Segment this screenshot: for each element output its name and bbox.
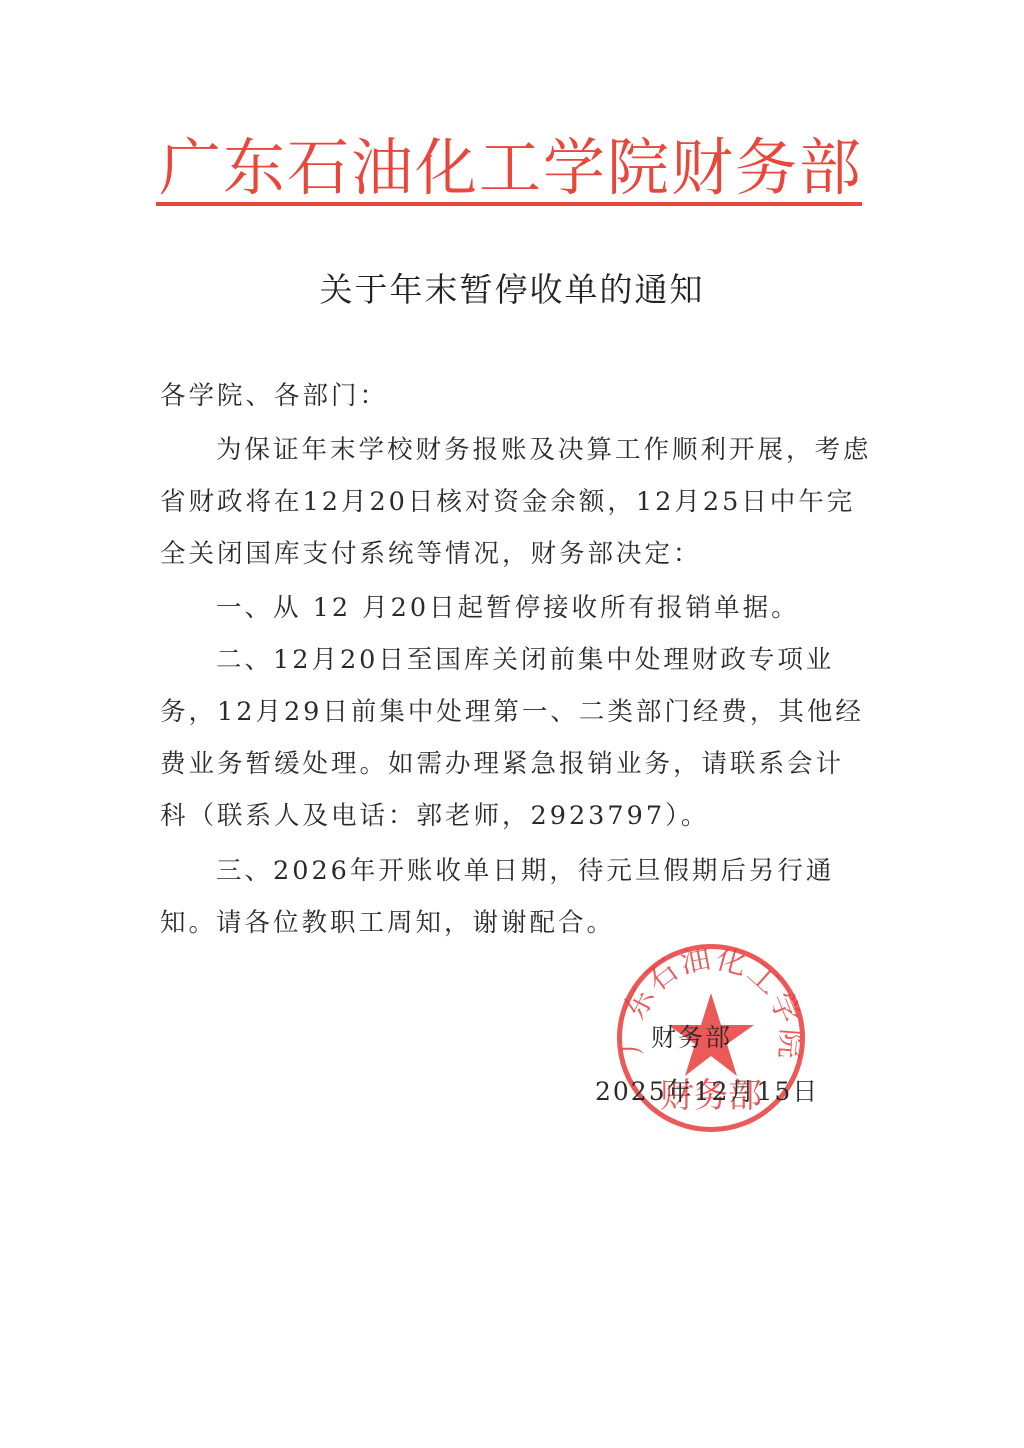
document-title: 关于年末暂停收单的通知 [0,264,1024,311]
signature-department: 财务部 [651,1018,732,1054]
letterhead-title: 广东石油化工学院财务部 [158,128,864,208]
signature-date: 2025年12月15日 [595,1072,819,1108]
closing-paragraph: 请各位教职工周知，谢谢配合。 [160,897,872,949]
intro-paragraph: 为保证年末学校财务报账及决算工作顺利开展，考虑省财政将在12月20日核对资金余额… [160,424,872,580]
salutation: 各学院、各部门： [160,370,872,422]
letterhead-divider [156,202,862,206]
item-2: 二、12月20日至国库关闭前集中处理财政专项业务，12月29日前集中处理第一、二… [160,634,872,842]
item-1: 一、从 12 月20日起暂停接收所有报销单据。 [160,582,872,634]
